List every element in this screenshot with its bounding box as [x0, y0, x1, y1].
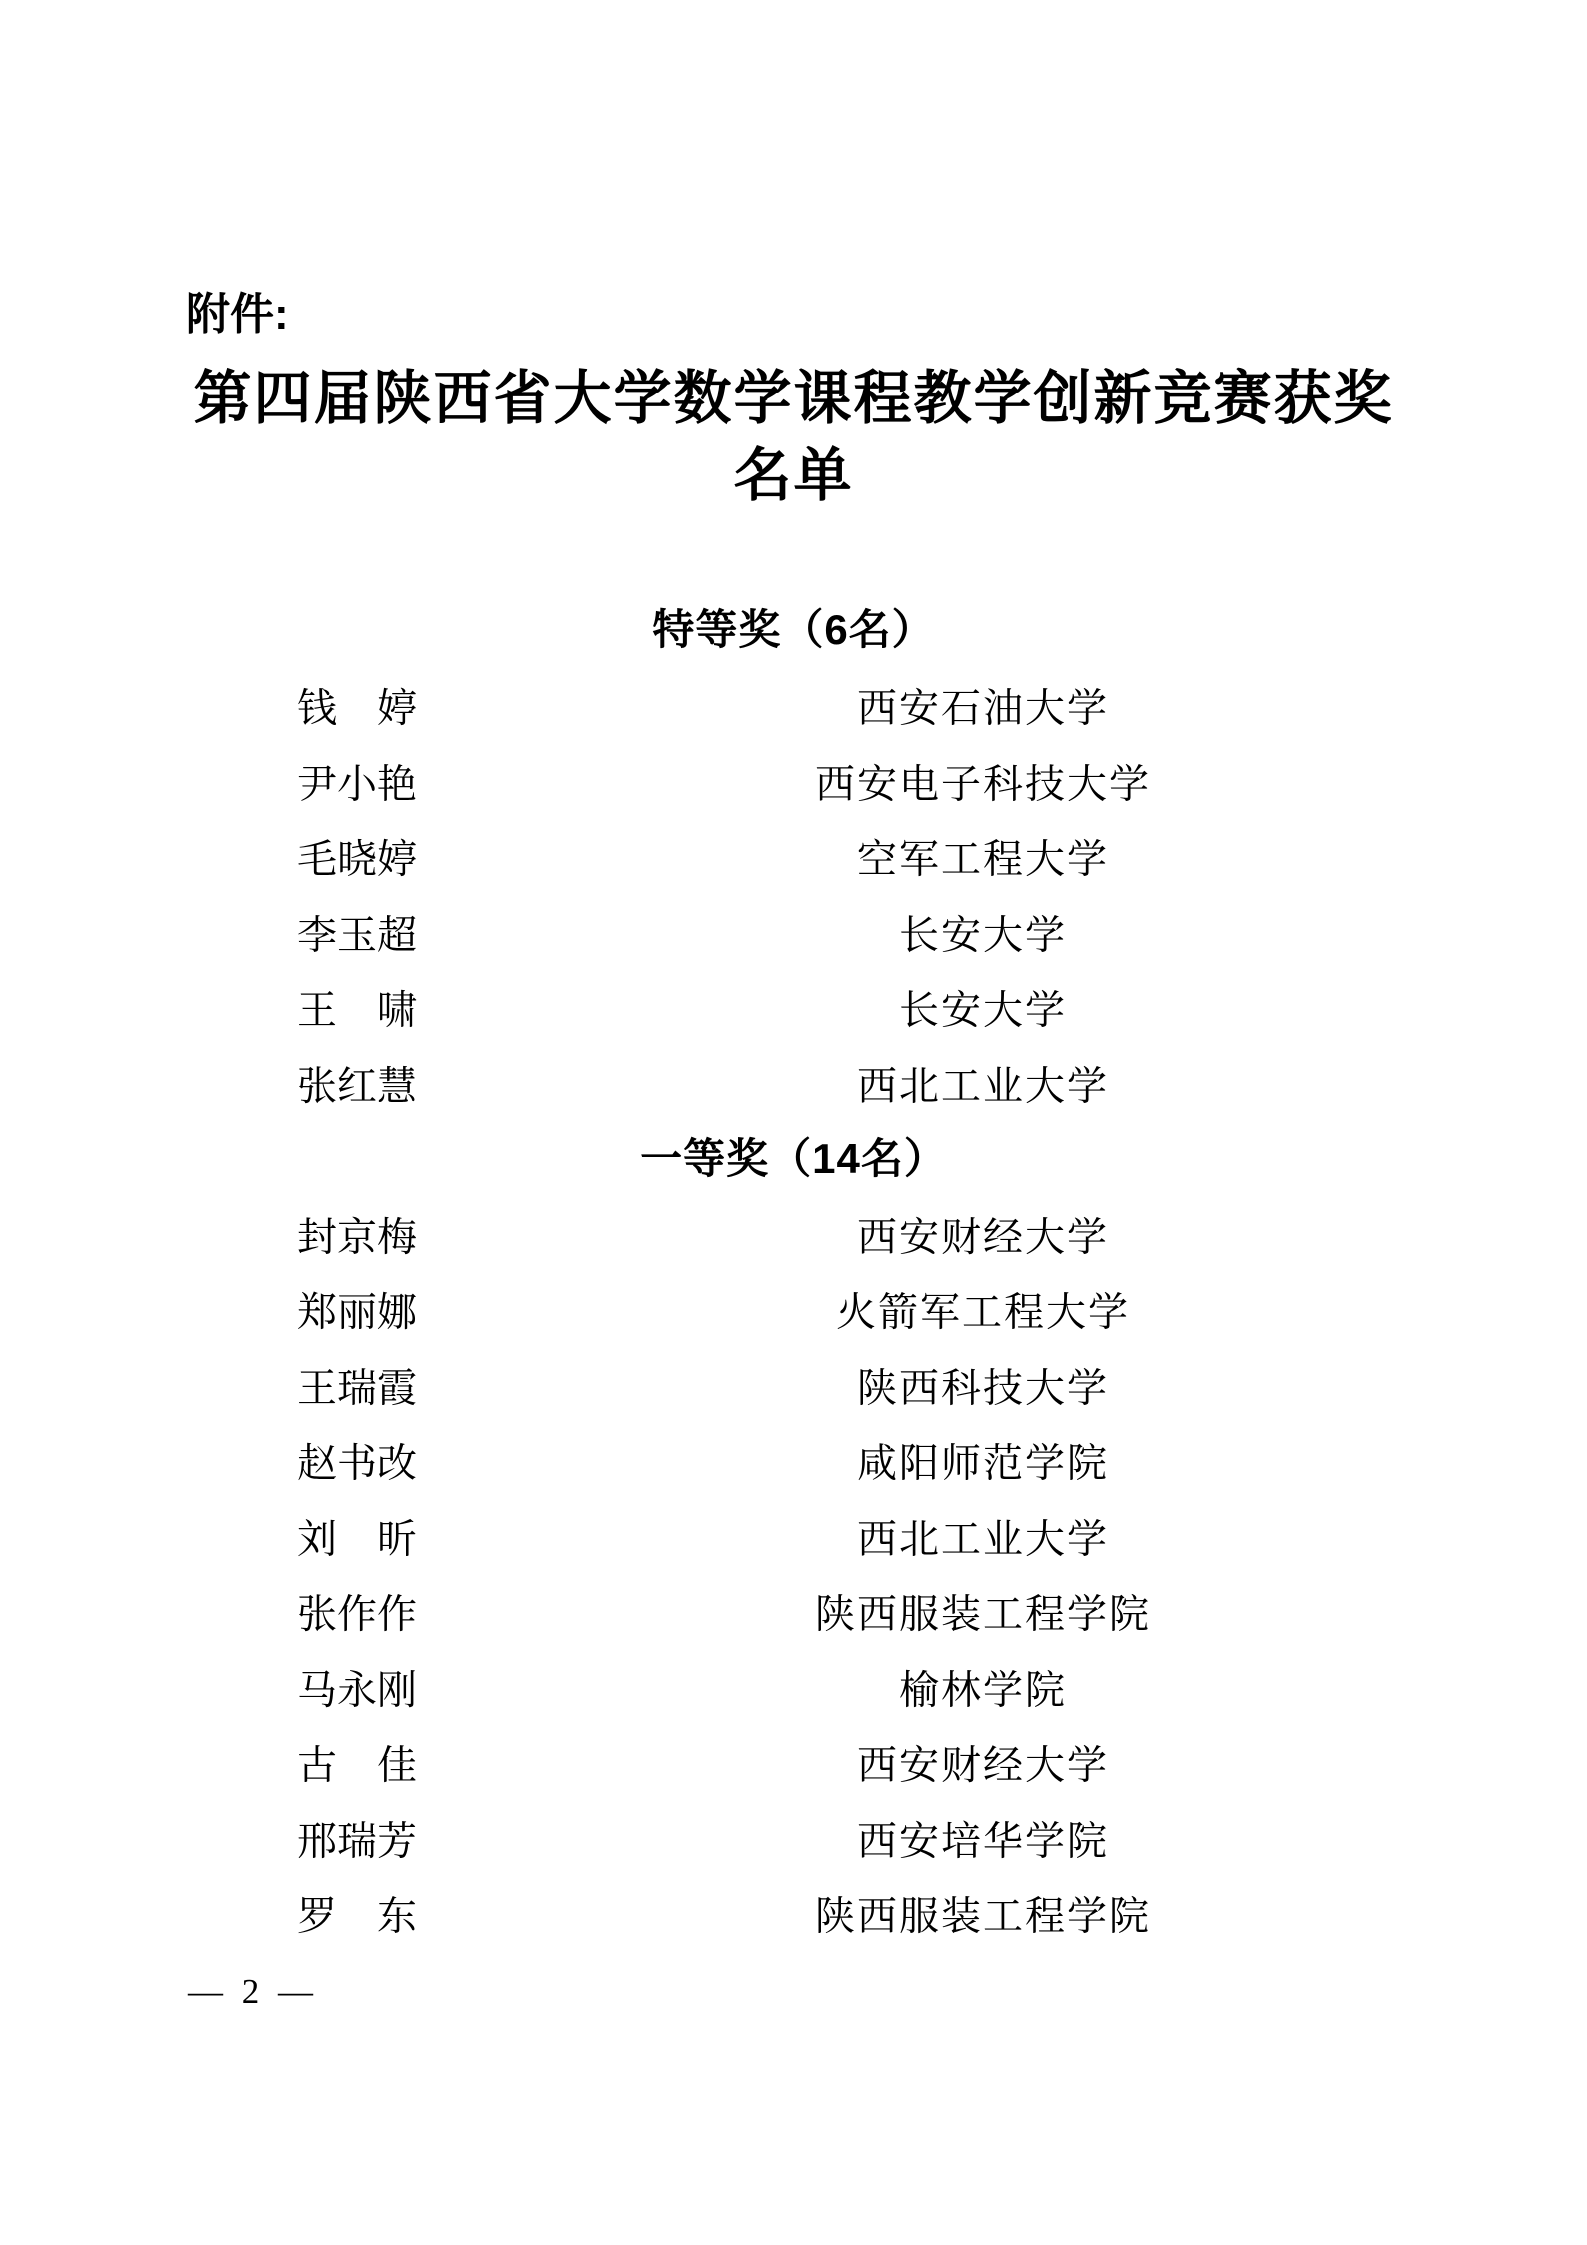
awardee-name: 钱 婷 [297, 677, 417, 734]
awardee-name: 邢瑞芳 [297, 1809, 417, 1866]
award-row: 钱 婷 西安石油大学 [0, 668, 1587, 744]
award-row: 赵书改 咸阳师范学院 [0, 1423, 1587, 1499]
special-prize-rows: 钱 婷 西安石油大学 尹小艳 西安电子科技大学 毛晓婷 空军工程大学 [0, 668, 1587, 1121]
section-special-prize: 特等奖（6名） 钱 婷 西安石油大学 尹小艳 西安电子科技大学 毛晓婷 [0, 592, 1587, 1121]
page-number: — 2 — [188, 1966, 318, 2018]
awardee-name: 王瑞霞 [297, 1356, 417, 1413]
awardee-school: 火箭军工程大学 [836, 1281, 1130, 1338]
award-row: 郑丽娜 火箭军工程大学 [0, 1272, 1587, 1348]
award-row: 张红慧 西北工业大学 [0, 1045, 1587, 1121]
award-list: 特等奖（6名） 钱 婷 西安石油大学 尹小艳 西安电子科技大学 毛晓婷 [0, 592, 1587, 1951]
award-row: 马永刚 榆林学院 [0, 1649, 1587, 1725]
award-row: 邢瑞芳 西安培华学院 [0, 1800, 1587, 1876]
section-first-prize: 一等奖（14名） 封京梅 西安财经大学 郑丽娜 火箭军工程大学 王瑞霞 [0, 1121, 1587, 1952]
awardee-name: 张作作 [297, 1583, 417, 1640]
awardee-school: 陕西服装工程学院 [815, 1583, 1151, 1640]
awardee-school: 陕西服装工程学院 [815, 1885, 1151, 1942]
awardee-school: 榆林学院 [899, 1658, 1067, 1715]
award-row: 刘 昕 西北工业大学 [0, 1498, 1587, 1574]
awardee-name: 郑丽娜 [297, 1281, 417, 1338]
awardee-school: 长安大学 [899, 979, 1067, 1036]
awardee-school: 西安电子科技大学 [815, 752, 1151, 809]
section-heading-first-prize: 一等奖（14名） [0, 1121, 1587, 1197]
awardee-name: 尹小艳 [297, 752, 417, 809]
award-row: 王 啸 长安大学 [0, 970, 1587, 1046]
awardee-school: 咸阳师范学院 [857, 1432, 1109, 1489]
awardee-school: 西安财经大学 [857, 1205, 1109, 1262]
award-row: 封京梅 西安财经大学 [0, 1196, 1587, 1272]
award-row: 尹小艳 西安电子科技大学 [0, 743, 1587, 819]
awardee-name: 王 啸 [297, 979, 417, 1036]
awardee-name: 古 佳 [297, 1734, 417, 1791]
awardee-name: 封京梅 [297, 1205, 417, 1262]
awardee-school: 西北工业大学 [857, 1507, 1109, 1564]
awardee-school: 西安培华学院 [857, 1809, 1109, 1866]
document-title: 第四届陕西省大学数学课程教学创新竞赛获奖 名单 [0, 360, 1587, 514]
award-row: 古 佳 西安财经大学 [0, 1725, 1587, 1801]
award-row: 王瑞霞 陕西科技大学 [0, 1347, 1587, 1423]
awardee-name: 刘 昕 [297, 1507, 417, 1564]
awardee-school: 西安石油大学 [857, 677, 1109, 734]
award-row: 李玉超 长安大学 [0, 894, 1587, 970]
awardee-school: 西安财经大学 [857, 1734, 1109, 1791]
award-row: 罗 东 陕西服装工程学院 [0, 1876, 1587, 1952]
awardee-name: 李玉超 [297, 903, 417, 960]
awardee-name: 罗 东 [297, 1885, 417, 1942]
awardee-school: 陕西科技大学 [857, 1356, 1109, 1413]
awardee-name: 张红慧 [297, 1054, 417, 1111]
first-prize-rows: 封京梅 西安财经大学 郑丽娜 火箭军工程大学 王瑞霞 陕西科技大学 赵 [0, 1196, 1587, 1951]
document-page: 附件: 第四届陕西省大学数学课程教学创新竞赛获奖 名单 特等奖（6名） 钱 婷 … [0, 0, 1587, 2245]
section-heading-special-prize: 特等奖（6名） [0, 592, 1587, 668]
document-title-line-1: 第四届陕西省大学数学课程教学创新竞赛获奖 [0, 360, 1587, 437]
attachment-label: 附件: [186, 288, 289, 342]
document-title-line-2: 名单 [0, 437, 1587, 514]
awardee-name: 马永刚 [297, 1658, 417, 1715]
award-row: 毛晓婷 空军工程大学 [0, 819, 1587, 895]
awardee-name: 毛晓婷 [297, 828, 417, 885]
awardee-name: 赵书改 [297, 1432, 417, 1489]
awardee-school: 空军工程大学 [857, 828, 1109, 885]
award-row: 张作作 陕西服装工程学院 [0, 1574, 1587, 1650]
awardee-school: 西北工业大学 [857, 1054, 1109, 1111]
awardee-school: 长安大学 [899, 903, 1067, 960]
